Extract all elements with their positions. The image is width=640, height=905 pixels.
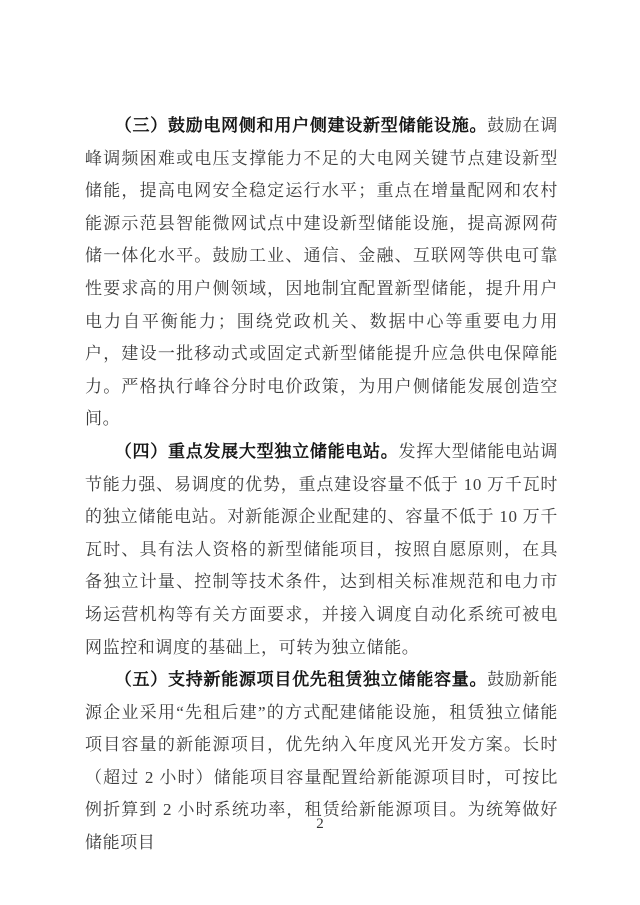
paragraph-section-4-heading: （四）重点发展大型独立储能电站。 — [115, 442, 399, 461]
document-text-block: （三）鼓励电网侧和用户侧建设新型储能设施。鼓励在调峰调频困难或电压支撑能力不足的… — [85, 110, 558, 860]
paragraph-section-5-heading: （五）支持新能源项目优先租赁独立储能容量。 — [115, 670, 487, 689]
paragraph-section-3-body: 鼓励在调峰调频困难或电压支撑能力不足的大电网关键节点建设新型储能，提高电网安全稳… — [85, 116, 558, 428]
paragraph-section-3: （三）鼓励电网侧和用户侧建设新型储能设施。鼓励在调峰调频困难或电压支撑能力不足的… — [85, 110, 558, 436]
paragraph-section-4-body: 发挥大型储能电站调节能力强、易调度的优势，重点建设容量不低于 10 万千瓦时的独… — [85, 442, 558, 657]
paragraph-section-3-heading: （三）鼓励电网侧和用户侧建设新型储能设施。 — [115, 116, 487, 135]
document-page: （三）鼓励电网侧和用户侧建设新型储能设施。鼓励在调峰调频困难或电压支撑能力不足的… — [0, 0, 640, 905]
paragraph-section-4: （四）重点发展大型独立储能电站。发挥大型储能电站调节能力强、易调度的优势，重点建… — [85, 436, 558, 664]
page-number: 2 — [0, 814, 640, 834]
